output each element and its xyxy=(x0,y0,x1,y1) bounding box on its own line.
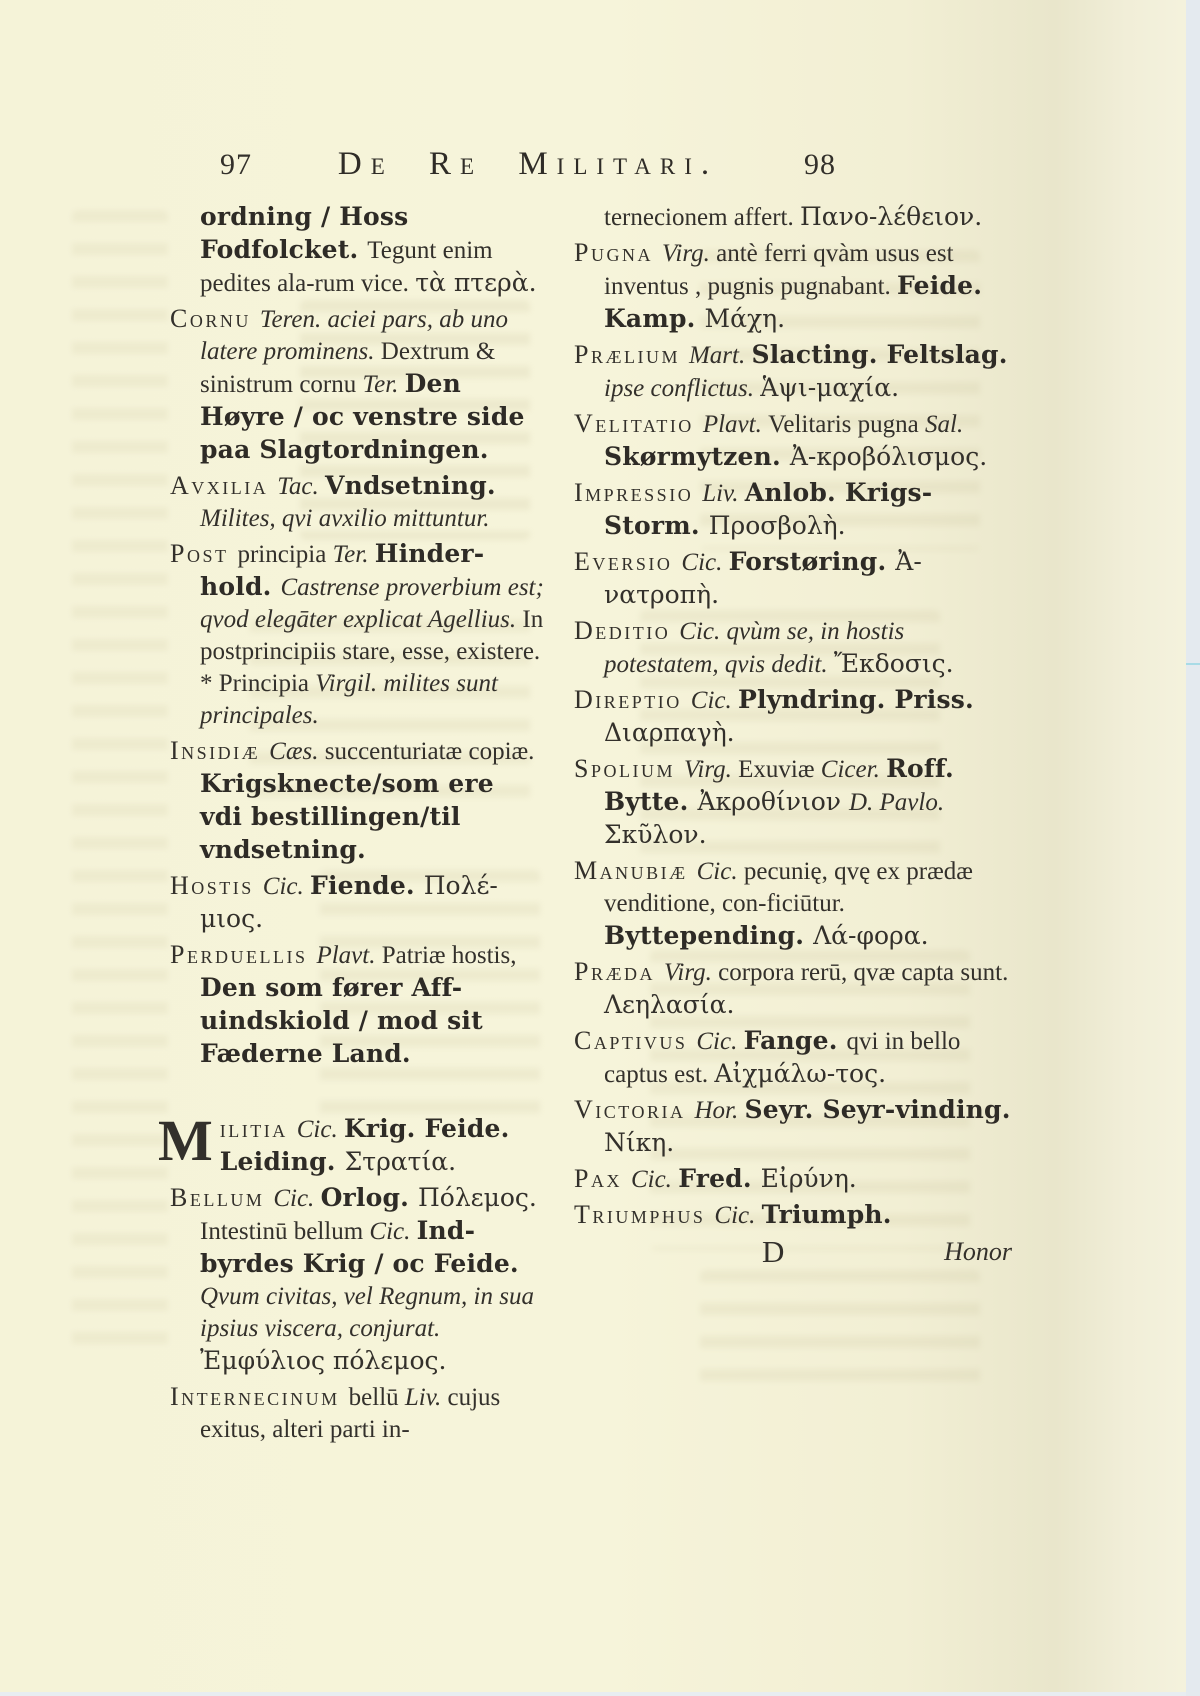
text-run-gr: Προσβολὴ. xyxy=(709,511,846,540)
text-run-gr: Μάχη. xyxy=(704,304,785,333)
text-run-gr: Λεηλασία. xyxy=(604,990,734,1019)
text-run-gr: Λά-φορα. xyxy=(813,921,928,950)
text-run-gr: Ἀκροθίνιον xyxy=(697,787,848,816)
dictionary-entry: ternecionem affert. Πανο-λέθειον. xyxy=(574,201,1018,234)
dictionary-entry: Avxilia Tac. Vndsetning. Milites, qvi av… xyxy=(170,470,544,535)
text-run-gr: Ἐμφύλιος πόλεμος. xyxy=(200,1346,446,1375)
text-run-hw: Direptio xyxy=(574,685,691,714)
text-run-it: Cic. xyxy=(297,1116,344,1143)
text-run-hw: Triumphus xyxy=(574,1200,714,1229)
text-run-hw: Deditio xyxy=(574,616,679,645)
text-run-it: Cic. xyxy=(263,873,310,900)
text-run-bl: Fiende. xyxy=(310,871,424,900)
text-run-bl: Seyr. Seyr-vinding. xyxy=(744,1095,1010,1124)
signature-mark: D xyxy=(762,1236,784,1268)
text-run-it: Cic. xyxy=(696,1028,743,1055)
text-run-bl: Krigsknecte/som ere vdi bestillingen/til… xyxy=(200,769,494,864)
text-run-gr: Νίκη. xyxy=(604,1128,674,1157)
text-run-it: Mart. xyxy=(689,342,752,369)
dictionary-entry: Captivus Cic. Fange. qvi in bello captus… xyxy=(574,1025,1018,1091)
text-run-it: Ter. xyxy=(363,371,405,398)
printed-page: 97 De Re Militari. 98 ordning / Hoss Fod… xyxy=(0,0,1186,1449)
dictionary-entry: Prælium Mart. Slacting. Feltslag. ipse c… xyxy=(574,339,1018,405)
text-run-rom: Velitaris pugna xyxy=(768,411,925,438)
scanner-edge xyxy=(1186,0,1200,1696)
text-run-rom: Intestinū bellum xyxy=(200,1218,369,1245)
text-run-it: Ter. xyxy=(333,541,375,568)
text-run-bl: Forstøring. xyxy=(729,547,896,576)
dictionary-entry: Impressio Liv. Anlob. Krigs-Storm. Προσβ… xyxy=(574,477,1018,543)
dictionary-entry: Insidiæ Cæs. succenturiatæ copiæ. Krigsk… xyxy=(170,735,544,867)
text-run-rom: Patriæ hostis, xyxy=(382,942,517,969)
text-run-bl: Triumph. xyxy=(762,1200,892,1229)
page-title: De Re Militari. xyxy=(338,146,718,183)
right-column: ternecionem affert. Πανο-λέθειον.Pugna V… xyxy=(574,201,1018,1276)
text-run-bl: Skørmytzen. xyxy=(604,442,790,471)
text-run-hw: Pugna xyxy=(574,238,662,267)
dictionary-entry: Hostis Cic. Fiende. Πολέ-μιος. xyxy=(170,870,544,936)
text-run-it: Plavt. xyxy=(316,942,381,969)
dictionary-entry: Triumphus Cic. Triumph. xyxy=(574,1199,1018,1232)
dictionary-entry: Internecinum bellū Liv. cujus exitus, al… xyxy=(170,1381,544,1446)
dictionary-entry: Militia Cic. Krig. Feide. Leiding. Στρατ… xyxy=(170,1113,544,1179)
text-run-rom: bellū xyxy=(349,1384,405,1411)
drop-cap-letter: M xyxy=(158,1113,220,1175)
text-run-it: Virg. xyxy=(684,756,738,783)
text-run-gr: Σκῦλον. xyxy=(604,820,707,849)
text-run-it: Cic. xyxy=(714,1202,761,1229)
left-column: ordning / Hoss Fodfolcket. Tegunt enim p… xyxy=(170,201,544,1449)
text-run-bl: Byttepending. xyxy=(604,921,813,950)
text-run-rom: succenturiatæ copiæ. xyxy=(325,738,535,765)
dictionary-entry: Cornu Teren. aciei pars, ab uno latere p… xyxy=(170,303,544,467)
page-number-right: 98 xyxy=(804,148,836,182)
text-run-hw: Eversio xyxy=(574,547,681,576)
text-run-it: Cicer. xyxy=(821,756,886,783)
text-run-gr: Ἁψι-μαχία. xyxy=(760,373,899,402)
text-run-it: Sal. xyxy=(925,411,963,438)
text-run-it: Plavt. xyxy=(703,411,768,438)
text-run-it: Liv. xyxy=(405,1384,448,1411)
text-run-hw: Manubiæ xyxy=(574,856,697,885)
text-run-hw: Præda xyxy=(574,957,664,986)
text-run-hw: Hostis xyxy=(170,871,263,900)
dictionary-entry: Bellum Cic. Orlog. Πόλεμος. Intestinū be… xyxy=(170,1182,544,1378)
text-run-hw: Bellum xyxy=(170,1183,273,1212)
dictionary-entry: Direptio Cic. Plyndring. Priss. Διαρπαγὴ… xyxy=(574,684,1018,750)
text-block: ordning / Hoss Fodfolcket. Tegunt enim p… xyxy=(170,201,1186,1449)
text-run-bl: Den som fører Aff-uindskiold / mod sit F… xyxy=(200,973,483,1068)
text-run-it: Cic. xyxy=(273,1185,320,1212)
text-run-it: Cic. xyxy=(681,549,728,576)
text-run-gr: Ἔκδοσις. xyxy=(834,649,954,678)
text-run-hw: Avxilia xyxy=(170,471,277,500)
text-run-hw: ilitia xyxy=(220,1114,297,1143)
text-run-it: Virg. xyxy=(662,240,716,267)
page-footer: DHonor xyxy=(574,1236,1018,1276)
dictionary-entry: Post principia Ter. Hinder-hold. Castren… xyxy=(170,538,544,732)
text-run-bl: Fred. xyxy=(678,1164,760,1193)
text-run-it: Cic. xyxy=(369,1218,416,1245)
text-run-hw: Perduellis xyxy=(170,940,316,969)
catchword: Honor xyxy=(944,1236,1012,1268)
text-run-hw: Pax xyxy=(574,1164,631,1193)
dictionary-entry: Pax Cic. Fred. Εἰρύνη. xyxy=(574,1163,1018,1196)
dictionary-entry: Perduellis Plavt. Patriæ hostis, Den som… xyxy=(170,939,544,1071)
text-run-it: Cæs. xyxy=(269,738,325,765)
dictionary-entry: Pugna Virg. antè ferri qvàm usus est inv… xyxy=(574,237,1018,336)
text-run-hw: Victoria xyxy=(574,1095,694,1124)
text-run-it: ipse conflictus. xyxy=(604,375,760,402)
text-run-it: D. Pavlo. xyxy=(849,789,944,816)
text-run-it: Cic. xyxy=(691,687,738,714)
dictionary-entry: ordning / Hoss Fodfolcket. Tegunt enim p… xyxy=(170,201,544,300)
text-run-gr: τὰ πτερὰ. xyxy=(415,268,536,297)
text-run-it: Tac. xyxy=(277,473,325,500)
page-number-left: 97 xyxy=(220,148,252,182)
text-run-it: Cic. xyxy=(631,1166,678,1193)
text-run-hw: Captivus xyxy=(574,1026,696,1055)
dictionary-entry: Spolium Virg. Exuviæ Cicer. Roff. Bytte.… xyxy=(574,753,1018,852)
text-run-hw: Impressio xyxy=(574,478,702,507)
text-run-gr: Διαρπαγὴ. xyxy=(604,718,735,747)
text-run-hw: Cornu xyxy=(170,304,260,333)
text-run-hw: Prælium xyxy=(574,340,689,369)
dictionary-entry: Eversio Cic. Forstøring. Ἀ-νατροπὴ. xyxy=(574,546,1018,612)
text-run-bl: Plyndring. Priss. xyxy=(738,685,974,714)
dictionary-entry: Victoria Hor. Seyr. Seyr-vinding. Νίκη. xyxy=(574,1094,1018,1160)
text-run-bl: Fange. xyxy=(744,1026,847,1055)
text-run-it: Virg. xyxy=(664,959,718,986)
running-head: 97 De Re Militari. 98 xyxy=(220,146,836,183)
text-run-hw: Internecinum xyxy=(170,1382,349,1411)
dictionary-entry: Deditio Cic. qvùm se, in hostis potestat… xyxy=(574,615,1018,681)
text-run-gr: Πόλεμος. xyxy=(418,1183,537,1212)
text-run-hw: Post xyxy=(170,539,237,568)
text-run-rom: ternecionem affert. xyxy=(604,204,800,231)
text-run-gr: Ἀ-κροβόλισμος. xyxy=(790,442,987,471)
text-run-it: Cic. xyxy=(697,858,744,885)
text-run-bl: Slacting. Feltslag. xyxy=(751,340,1007,369)
text-run-it: Qvum civitas, vel Regnum, in sua ipsius … xyxy=(200,1283,534,1342)
scanner-artifact-line xyxy=(1186,663,1200,665)
text-run-it: Liv. xyxy=(702,480,745,507)
text-run-gr: Στρατία. xyxy=(345,1147,457,1176)
text-run-bl: Vndsetning. xyxy=(325,471,496,500)
text-run-rom: Exuviæ xyxy=(738,756,821,783)
dictionary-entry: Velitatio Plavt. Velitaris pugna Sal. Sk… xyxy=(574,408,1018,474)
text-run-it: Milites, qvi avxilio mittuntur. xyxy=(200,505,490,532)
text-run-bl: Orlog. xyxy=(321,1183,418,1212)
dictionary-entry: Præda Virg. corpora rerū, qvæ capta sunt… xyxy=(574,956,1018,1022)
text-run-hw: Velitatio xyxy=(574,409,703,438)
text-run-rom: corpora rerū, qvæ capta sunt. xyxy=(718,959,1008,986)
dictionary-entry: Manubiæ Cic. pecunię, qvę ex prædæ vendi… xyxy=(574,855,1018,953)
text-run-gr: Εἰρύνη. xyxy=(761,1164,857,1193)
text-run-gr: Πανο-λέθειον. xyxy=(800,202,982,231)
text-run-gr: Αἰχμάλω-τος. xyxy=(714,1059,886,1088)
text-run-hw: Insidiæ xyxy=(170,736,269,765)
text-run-rom: principia xyxy=(237,541,332,568)
text-run-hw: Spolium xyxy=(574,754,684,783)
text-run-it: Hor. xyxy=(694,1097,744,1124)
